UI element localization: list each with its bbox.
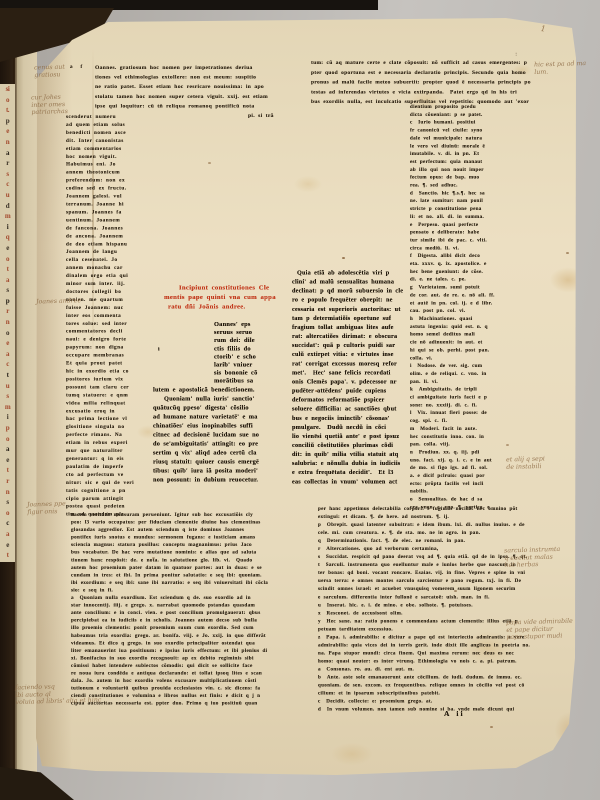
main-text-quia-etiam: Quia etiã ab adolescētia viri pclini' ad… (292, 268, 413, 486)
facing-page-foreedge: siot.penarscudmiqeotasprnoeactusmipoaetr… (0, 84, 15, 562)
margin-note-left-4: Joannes ppefigur onis (27, 500, 66, 516)
main-text-quoniam: lutem e apostolicã benedictionem.Quoniam… (153, 385, 294, 484)
gloss-top-right-block: tum: cũ aq mature certe e clate cõposuit… (311, 58, 527, 107)
gloss-reference-letters: a f (70, 64, 83, 70)
margin-note-left-3: Joanes andree (36, 297, 81, 306)
margin-note-left-1: cenus autgratiosu (34, 63, 65, 78)
quire-signature: A ii (444, 710, 465, 719)
commentary-bottom-right-block: per hanc appetimus delectabilia corpori:… (318, 505, 527, 714)
margin-note-right-4: papa vide admirabileet pape diciturpapa … (506, 617, 573, 641)
commentary-bottom-left-block: nacem veritatis mensuram perueniunt. Igi… (71, 511, 308, 707)
folio-number-annotation: 1 (540, 25, 546, 33)
photo-of-incunabulum-page: { "photo": { "folio_mark": "1", "prick_m… (0, 0, 600, 800)
prick-mark: : (515, 50, 517, 57)
gloss-left-column: scenderut numeruad quem etiam solusbened… (66, 113, 146, 519)
rubric-incipit: Incipiunt constitutiones Clementis pape … (164, 283, 284, 311)
foxing-specks (342, 257, 345, 259)
margin-note-left-2: cur Johesinter omespatriarchas (31, 93, 68, 116)
margin-note-right-2: et alij q sepide instabili (506, 455, 545, 471)
manuscript-page: a f Oannes. gratiosum hoc nomen per impe… (36, 18, 577, 775)
gloss-top-left-block: Oannes. gratiosum hoc nomen per impetrat… (95, 63, 313, 121)
margin-note-right-1: hic est pa ad malum. (534, 60, 586, 76)
margin-note-left-5: faciendo vsqibi aucto qlvoluia ad libris… (15, 682, 101, 706)
gloss-reference-letter-i: i (158, 346, 160, 352)
margin-note-right-3: sarculo instrumtaq euellut malashet herb… (504, 545, 561, 568)
gloss-right-column: dientium proposito pcedudicta cõueniant:… (410, 103, 510, 511)
page-block-edge (15, 8, 37, 774)
main-text-salutation: Oannes' epsseruus seruorum dei: dilectis… (214, 320, 289, 385)
